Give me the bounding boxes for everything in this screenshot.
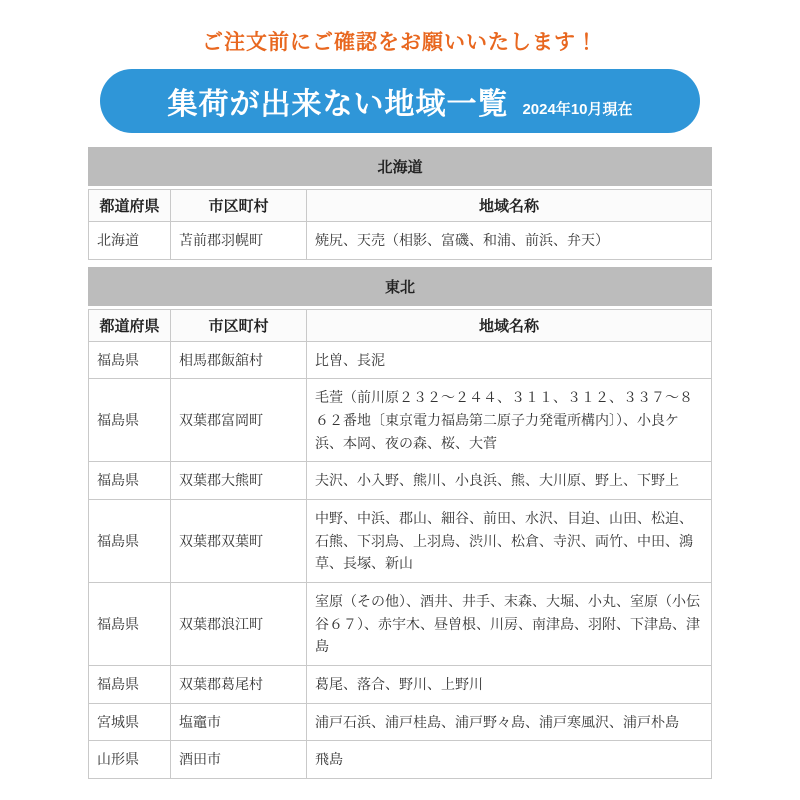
municipality-cell: 双葉郡葛尾村	[171, 666, 307, 704]
table-row: 北海道苫前郡羽幌町焼尻、天売（相影、富磯、和浦、前浜、弁天）	[89, 222, 712, 260]
column-header-row: 都道府県市区町村地域名称	[89, 190, 712, 222]
area-names-cell: 飛島	[307, 741, 712, 779]
prefecture-cell: 福島県	[89, 500, 171, 583]
table-row: 福島県双葉郡双葉町中野、中浜、郡山、細谷、前田、水沢、目迫、山田、松迫、石熊、下…	[89, 500, 712, 583]
municipality-cell: 塩竈市	[171, 703, 307, 741]
prefecture-cell: 福島県	[89, 462, 171, 500]
banner-date: 2024年10月現在	[522, 98, 632, 119]
area-names-cell: 比曽、長泥	[307, 341, 712, 379]
column-header: 市区町村	[171, 309, 307, 341]
area-names-cell: 葛尾、落合、野川、上野川	[307, 666, 712, 704]
region-band: 北海道	[88, 147, 712, 186]
area-names-cell: 夫沢、小入野、熊川、小良浜、熊、大川原、野上、下野上	[307, 462, 712, 500]
region-section: 北海道都道府県市区町村地域名称北海道苫前郡羽幌町焼尻、天売（相影、富磯、和浦、前…	[88, 147, 712, 260]
banner-title: 集荷が出来ない地域一覧	[167, 79, 508, 123]
column-header: 地域名称	[307, 309, 712, 341]
no-pickup-area-banner: 集荷が出来ない地域一覧 2024年10月現在	[100, 69, 700, 133]
prefecture-cell: 福島県	[89, 379, 171, 462]
prefecture-cell: 福島県	[89, 341, 171, 379]
municipality-cell: 双葉郡大熊町	[171, 462, 307, 500]
table-row: 福島県双葉郡葛尾村葛尾、落合、野川、上野川	[89, 666, 712, 704]
prefecture-cell: 北海道	[89, 222, 171, 260]
table-row: 山形県酒田市飛島	[89, 741, 712, 779]
municipality-cell: 酒田市	[171, 741, 307, 779]
prefecture-cell: 福島県	[89, 666, 171, 704]
table-row: 福島県双葉郡浪江町室原（その他）、酒井、井手、末森、大堀、小丸、室原（小伝谷６７…	[89, 583, 712, 666]
column-header-row: 都道府県市区町村地域名称	[89, 309, 712, 341]
table-row: 福島県双葉郡大熊町夫沢、小入野、熊川、小良浜、熊、大川原、野上、下野上	[89, 462, 712, 500]
area-names-cell: 毛萱（前川原２３２～２４４、３１１、３１２、３３７～８６２番地〔東京電力福島第二…	[307, 379, 712, 462]
no-pickup-area-table: 北海道都道府県市区町村地域名称北海道苫前郡羽幌町焼尻、天売（相影、富磯、和浦、前…	[88, 147, 712, 779]
prefecture-cell: 山形県	[89, 741, 171, 779]
table-row: 福島県相馬郡飯舘村比曽、長泥	[89, 341, 712, 379]
pre-order-notice-text: ご注文前にご確認をお願いいたします！	[0, 0, 800, 56]
prefecture-cell: 福島県	[89, 583, 171, 666]
region-band: 東北	[88, 267, 712, 306]
column-header: 地域名称	[307, 190, 712, 222]
region-table: 都道府県市区町村地域名称福島県相馬郡飯舘村比曽、長泥福島県双葉郡富岡町毛萱（前川…	[88, 309, 712, 779]
municipality-cell: 双葉郡浪江町	[171, 583, 307, 666]
area-names-cell: 浦戸石浜、浦戸桂島、浦戸野々島、浦戸寒風沢、浦戸朴島	[307, 703, 712, 741]
municipality-cell: 苫前郡羽幌町	[171, 222, 307, 260]
municipality-cell: 相馬郡飯舘村	[171, 341, 307, 379]
table-row: 宮城県塩竈市浦戸石浜、浦戸桂島、浦戸野々島、浦戸寒風沢、浦戸朴島	[89, 703, 712, 741]
municipality-cell: 双葉郡双葉町	[171, 500, 307, 583]
table-row: 福島県双葉郡富岡町毛萱（前川原２３２～２４４、３１１、３１２、３３７～８６２番地…	[89, 379, 712, 462]
column-header: 都道府県	[89, 309, 171, 341]
prefecture-cell: 宮城県	[89, 703, 171, 741]
area-names-cell: 焼尻、天売（相影、富磯、和浦、前浜、弁天）	[307, 222, 712, 260]
column-header: 市区町村	[171, 190, 307, 222]
region-section: 東北都道府県市区町村地域名称福島県相馬郡飯舘村比曽、長泥福島県双葉郡富岡町毛萱（…	[88, 267, 712, 779]
area-names-cell: 室原（その他）、酒井、井手、末森、大堀、小丸、室原（小伝谷６７）、赤宇木、昼曽根…	[307, 583, 712, 666]
column-header: 都道府県	[89, 190, 171, 222]
region-table: 都道府県市区町村地域名称北海道苫前郡羽幌町焼尻、天売（相影、富磯、和浦、前浜、弁…	[88, 189, 712, 260]
municipality-cell: 双葉郡富岡町	[171, 379, 307, 462]
area-names-cell: 中野、中浜、郡山、細谷、前田、水沢、目迫、山田、松迫、石熊、下羽鳥、上羽鳥、渋川…	[307, 500, 712, 583]
